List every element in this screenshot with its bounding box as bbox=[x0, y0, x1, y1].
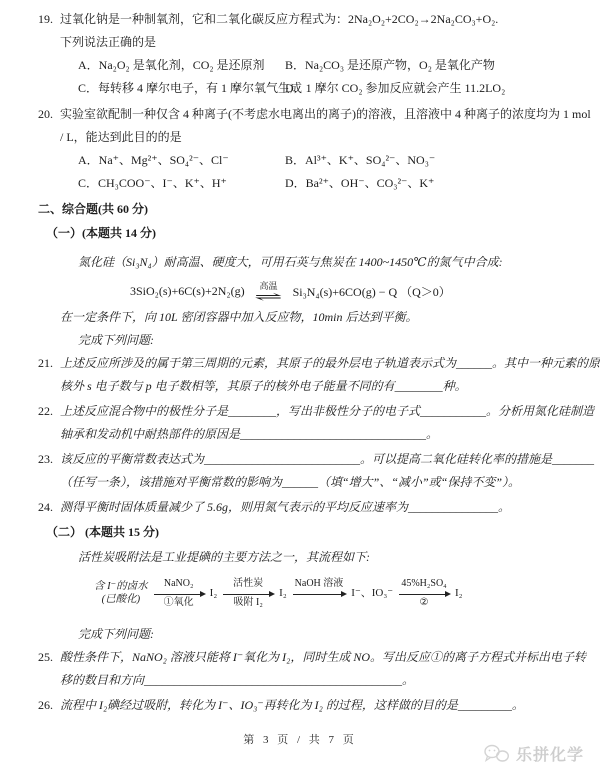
flow-arrow-1-step: ①氧化 bbox=[162, 597, 196, 609]
question-24-number: 24. bbox=[38, 496, 60, 519]
question-19-line-2: 下列说法正确的是 bbox=[60, 31, 574, 54]
right-arrow-icon bbox=[293, 594, 346, 595]
right-arrow-icon bbox=[399, 594, 449, 595]
question-20-option-a: A．Na⁺、Mg²⁺、SO₄²⁻、Cl⁻ bbox=[78, 149, 285, 172]
question-20-line-2: / L，能达到此目的的是 bbox=[60, 126, 574, 149]
watermark: 乐拼化学 bbox=[482, 742, 584, 765]
flow-node-i2-final: I₂ bbox=[455, 586, 463, 600]
part-2-complete-prompt: 完成下列问题: bbox=[78, 623, 574, 646]
question-26: 26. 流程中 I₂碘经过吸附，转化为 I⁻、IO₃⁻再转化为 I₂ 的过程，这… bbox=[38, 694, 574, 717]
question-20-line-1: 实验室欲配制一种仅含 4 种离子(不考虑水电离出的离子)的溶液，且溶液中 4 种… bbox=[60, 103, 574, 126]
flow-node-brine-line-2: (已酸化) bbox=[94, 593, 148, 606]
question-23: 23. 该反应的平衡常数表达式为________________________… bbox=[38, 448, 574, 494]
part-1-title: （一）(本题共 14 分) bbox=[46, 222, 574, 245]
question-26-number: 26. bbox=[38, 694, 60, 717]
harpoon-glyph: ⇌ bbox=[254, 291, 282, 302]
question-24: 24. 测得平衡时固体质量减少了 5.6g，则用氮气表示的平均反应速率为____… bbox=[38, 496, 574, 519]
flow-arrow-3-reagent: NaOH 溶液 bbox=[293, 578, 346, 590]
flow-node-brine: 含 I⁻的卤水 (已酸化) bbox=[94, 580, 148, 606]
flow-node-i2-first: I₂ bbox=[210, 586, 218, 600]
flow-arrow-2-reagent: 活性炭 bbox=[231, 578, 265, 590]
question-22-number: 22. bbox=[38, 400, 60, 446]
question-23-number: 23. bbox=[38, 448, 60, 494]
question-22: 22. 上述反应混合物中的极性分子是________，写出非极性分子的电子式__… bbox=[38, 400, 574, 446]
question-19-options: A．Na₂O₂ 是氧化剂，CO₂ 是还原剂 B．Na₂CO₃ 是还原产物，O₂ … bbox=[60, 54, 574, 100]
question-19: 19. 过氧化钠是一种制氧剂，它和二氧化碳反应方程式为：2Na₂O₂+2CO₂→… bbox=[38, 8, 574, 100]
chemical-equation: 3SiO₂(s)+6C(s)+2N₂(g) 高温 ⇌ Si₃N₄(s)+6CO(… bbox=[130, 276, 574, 306]
question-21: 21. 上述反应所涉及的属于第三周期的元素，其原子的最外层电子轨道表示式为___… bbox=[38, 352, 574, 398]
flow-arrow-3-step bbox=[317, 597, 321, 609]
part-1-intro: 氮化硅（Si₃N₄）耐高温、硬度大，可用石英与焦炭在 1400~1450℃的氮气… bbox=[78, 251, 574, 274]
equilibrium-arrow-icon: 高温 ⇌ bbox=[246, 281, 292, 302]
question-19-line-1: 过氧化钠是一种制氧剂，它和二氧化碳反应方程式为：2Na₂O₂+2CO₂→2Na₂… bbox=[60, 8, 574, 31]
flow-arrow-4-reagent: 45%H₂SO₄ bbox=[399, 578, 448, 590]
exam-page: 19. 过氧化钠是一种制氧剂，它和二氧化碳反应方程式为：2Na₂O₂+2CO₂→… bbox=[0, 0, 600, 780]
question-21-line-2: 核外 s 电子数与 p 电子数相等，其原子的核外电子能量不同的有________… bbox=[60, 375, 574, 398]
part-2-intro: 活性炭吸附法是工业提碘的主要方法之一，其流程如下: bbox=[78, 546, 574, 569]
question-20-option-c: C．CH₃COO⁻、I⁻、K⁺、H⁺ bbox=[78, 172, 285, 195]
question-20-option-b: B．Al³⁺、K⁺、SO₄²⁻、NO₃⁻ bbox=[285, 149, 574, 172]
flow-node-brine-line-1: 含 I⁻的卤水 bbox=[94, 580, 148, 593]
iodine-extraction-flowchart: 含 I⁻的卤水 (已酸化) NaNO₂ ①氧化 I₂ 活性炭 吸附 I₂ I₂ … bbox=[94, 573, 574, 613]
wechat-logo-icon bbox=[482, 743, 512, 765]
question-21-number: 21. bbox=[38, 352, 60, 398]
reaction-condition-note: 在一定条件下，向 10L 密闭容器中加入反应物，10min 后达到平衡。 bbox=[60, 306, 574, 329]
section-2-title: 二、综合题(共 60 分) bbox=[38, 198, 574, 221]
question-25: 25. 酸性条件下，NaNO₂ 溶液只能将 I⁻氧化为 I₂，同时生成 NO。写… bbox=[38, 646, 574, 692]
right-arrow-icon bbox=[223, 594, 273, 595]
flow-arrow-2-step: 吸附 I₂ bbox=[232, 597, 265, 609]
question-20-number: 20. bbox=[38, 103, 60, 195]
flow-arrow-oxidation: NaNO₂ ①氧化 bbox=[154, 578, 204, 609]
question-19-option-d: D．1 摩尔 CO₂ 参加反应就会产生 11.2LO₂ bbox=[285, 77, 574, 100]
flow-node-i2-second: I₂ bbox=[279, 586, 287, 600]
question-20: 20. 实验室欲配制一种仅含 4 种离子(不考虑水电离出的离子)的溶液，且溶液中… bbox=[38, 103, 574, 195]
question-23-line-2: （任写一条），该措施对平衡常数的影响为______（填“增大”、“减小”或“保持… bbox=[60, 471, 574, 494]
question-22-line-2: 轴承和发动机中耐热部件的原因是_________________________… bbox=[60, 423, 574, 446]
question-19-option-c: C．每转移 4 摩尔电子，有 1 摩尔氧气生成 bbox=[78, 77, 285, 100]
flow-node-iodide-iodate: I⁻、IO₃⁻ bbox=[351, 586, 393, 600]
equation-left-side: 3SiO₂(s)+6C(s)+2N₂(g) bbox=[130, 284, 245, 299]
question-25-line-2: 移的数目和方向_________________________________… bbox=[60, 669, 574, 692]
part-1-complete-prompt: 完成下列问题: bbox=[78, 329, 574, 352]
question-19-option-b: B．Na₂CO₃ 是还原产物，O₂ 是氧化产物 bbox=[285, 54, 574, 77]
question-26-line-1: 流程中 I₂碘经过吸附，转化为 I⁻、IO₃⁻再转化为 I₂ 的过程，这样做的目… bbox=[60, 694, 574, 717]
watermark-text: 乐拼化学 bbox=[516, 742, 584, 765]
question-20-option-d: D．Ba²⁺、OH⁻、CO₃²⁻、K⁺ bbox=[285, 172, 574, 195]
question-20-options: A．Na⁺、Mg²⁺、SO₄²⁻、Cl⁻ B．Al³⁺、K⁺、SO₄²⁻、NO₃… bbox=[60, 149, 574, 195]
question-21-line-1: 上述反应所涉及的属于第三周期的元素，其原子的最外层电子轨道表示式为______。… bbox=[60, 352, 574, 375]
question-25-number: 25. bbox=[38, 646, 60, 692]
right-arrow-icon bbox=[154, 594, 204, 595]
flow-arrow-naoh: NaOH 溶液 bbox=[293, 578, 346, 609]
question-25-line-1: 酸性条件下，NaNO₂ 溶液只能将 I⁻氧化为 I₂，同时生成 NO。写出反应①… bbox=[60, 646, 574, 669]
question-19-number: 19. bbox=[38, 8, 60, 100]
flow-arrow-sulfuric-acid: 45%H₂SO₄ ② bbox=[399, 578, 449, 609]
part-2-title: （二） (本题共 15 分) bbox=[46, 521, 574, 544]
flow-arrow-1-reagent: NaNO₂ bbox=[162, 578, 196, 590]
question-22-line-1: 上述反应混合物中的极性分子是________，写出非极性分子的电子式______… bbox=[60, 400, 574, 423]
page-content: 19. 过氧化钠是一种制氧剂，它和二氧化碳反应方程式为：2Na₂O₂+2CO₂→… bbox=[38, 8, 574, 719]
question-24-line-1: 测得平衡时固体质量减少了 5.6g，则用氮气表示的平均反应速率为________… bbox=[60, 496, 574, 519]
flow-arrow-4-step: ② bbox=[418, 597, 431, 609]
flow-arrow-adsorption: 活性炭 吸附 I₂ bbox=[223, 578, 273, 609]
question-19-option-a: A．Na₂O₂ 是氧化剂，CO₂ 是还原剂 bbox=[78, 54, 285, 77]
question-23-line-1: 该反应的平衡常数表达式为__________________________。可… bbox=[60, 448, 574, 471]
equation-right-side: Si₃N₄(s)+6CO(g) − Q （Q＞0） bbox=[293, 283, 451, 300]
